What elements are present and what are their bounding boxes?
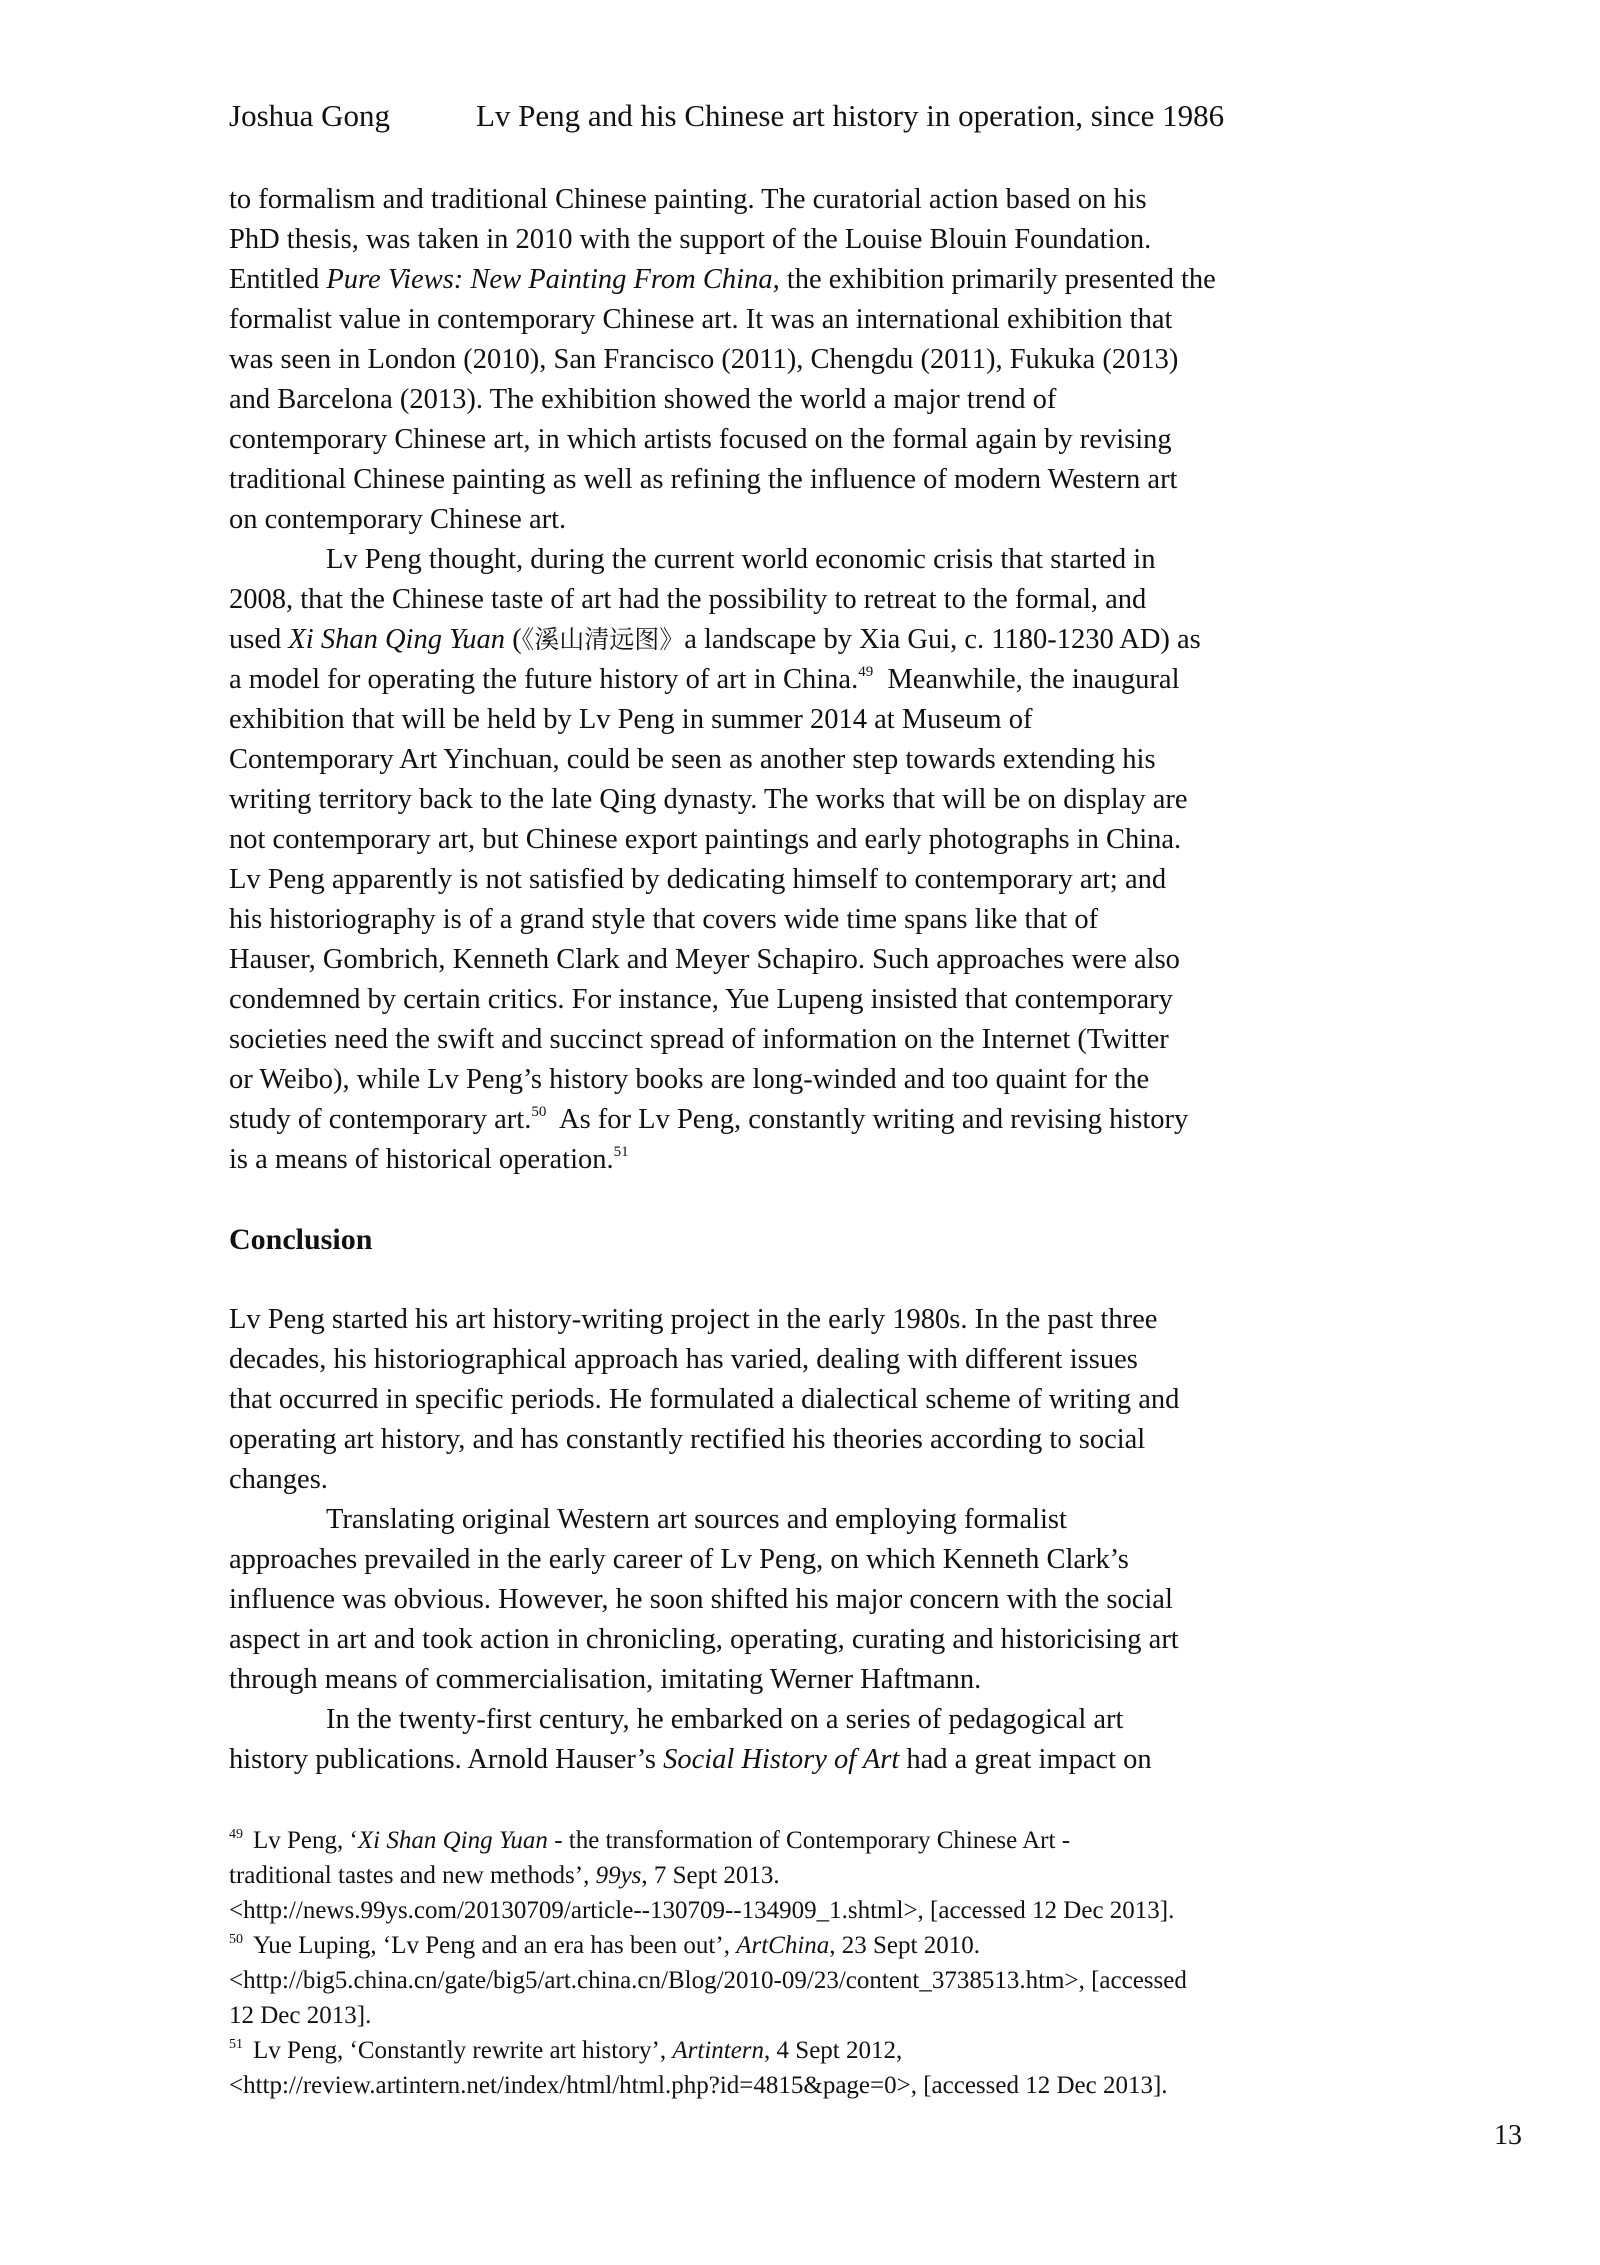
chinese-title: 《溪山清远图》: [522, 625, 685, 654]
footnote-url[interactable]: <http://review.artintern.net/index/html/…: [229, 2068, 1349, 2103]
text-span: , 4 Sept 2012,: [764, 2037, 902, 2064]
paragraph: Lv Peng thought, during the current worl…: [229, 540, 1349, 1180]
painting-title: Xi Shan Qing Yuan: [288, 624, 505, 655]
paragraph: Translating original Western art sources…: [229, 1500, 1349, 1700]
footnote-url[interactable]: <http://big5.china.cn/gate/big5/art.chin…: [229, 1963, 1349, 1998]
text-span: history publications. Arnold Hauser’s: [229, 1744, 663, 1775]
text-line: his historiography is of a grand style t…: [229, 900, 1349, 940]
text-span: As for Lv Peng, constantly writing and r…: [546, 1104, 1188, 1135]
text-line: and Barcelona (2013). The exhibition sho…: [229, 380, 1349, 420]
paragraph: to formalism and traditional Chinese pai…: [229, 180, 1349, 540]
text-line: not contemporary art, but Chinese export…: [229, 820, 1349, 860]
text-span: 99ys: [596, 1862, 642, 1889]
text-line: Lv Peng apparently is not satisfied by d…: [229, 860, 1349, 900]
text-line: on contemporary Chinese art.: [229, 500, 1349, 540]
text-line: changes.: [229, 1460, 1349, 1500]
text-span: Lv Peng, ‘: [253, 1827, 358, 1854]
text-span: a landscape by Xia Gui, c. 1180-1230 AD)…: [684, 624, 1201, 655]
body-text: to formalism and traditional Chinese pai…: [229, 180, 1349, 1780]
text-line: In the twenty-first century, he embarked…: [229, 1700, 1349, 1740]
text-span: Artintern: [672, 2037, 764, 2064]
text-span: study of contemporary art.: [229, 1104, 531, 1135]
section-heading: Conclusion: [229, 1220, 1349, 1260]
footnote-line: 51Lv Peng, ‘Constantly rewrite art histo…: [229, 2033, 1349, 2068]
header-author: Joshua Gong: [229, 98, 476, 134]
text-span: traditional tastes and new methods’,: [229, 1862, 596, 1889]
text-span: - the transformation of Contemporary Chi…: [548, 1827, 1070, 1854]
exhibition-title: Pure Views: New Painting From China: [326, 264, 772, 295]
text-line: is a means of historical operation.51: [229, 1140, 1349, 1180]
running-header: Joshua GongLv Peng and his Chinese art h…: [229, 98, 1224, 134]
text-span: Meanwhile, the inaugural: [873, 664, 1179, 695]
text-line: history publications. Arnold Hauser’s So…: [229, 1740, 1349, 1780]
footnotes: 49Lv Peng, ‘Xi Shan Qing Yuan - the tran…: [229, 1823, 1349, 2103]
footnote-49: 49Lv Peng, ‘Xi Shan Qing Yuan - the tran…: [229, 1823, 1349, 1928]
text-span: Lv Peng, ‘Constantly rewrite art history…: [253, 2037, 672, 2064]
text-line: used Xi Shan Qing Yuan (《溪山清远图》a landsca…: [229, 620, 1349, 660]
document-page: Joshua GongLv Peng and his Chinese art h…: [0, 0, 1600, 2265]
text-line: Contemporary Art Yinchuan, could be seen…: [229, 740, 1349, 780]
footnote-line: 49Lv Peng, ‘Xi Shan Qing Yuan - the tran…: [229, 1823, 1349, 1858]
footnote-line: 12 Dec 2013].: [229, 1998, 1349, 2033]
text-span: a model for operating the future history…: [229, 664, 858, 695]
text-line: condemned by certain critics. For instan…: [229, 980, 1349, 1020]
text-line: Lv Peng thought, during the current worl…: [229, 540, 1349, 580]
paragraph: In the twenty-first century, he embarked…: [229, 1700, 1349, 1780]
page-number: 13: [1494, 2120, 1522, 2152]
text-line: Entitled Pure Views: New Painting From C…: [229, 260, 1349, 300]
footnote-number: 51: [229, 2037, 243, 2052]
text-line: formalist value in contemporary Chinese …: [229, 300, 1349, 340]
footnote-50: 50Yue Luping, ‘Lv Peng and an era has be…: [229, 1928, 1349, 2033]
footnote-ref-50[interactable]: 50: [531, 1104, 546, 1120]
footnote-line: traditional tastes and new methods’, 99y…: [229, 1858, 1349, 1893]
text-line: exhibition that will be held by Lv Peng …: [229, 700, 1349, 740]
text-span: Yue Luping, ‘Lv Peng and an era has been…: [253, 1932, 736, 1959]
text-line: that occurred in specific periods. He fo…: [229, 1380, 1349, 1420]
text-line: or Weibo), while Lv Peng’s history books…: [229, 1060, 1349, 1100]
text-line: Hauser, Gombrich, Kenneth Clark and Meye…: [229, 940, 1349, 980]
text-line: operating art history, and has constantl…: [229, 1420, 1349, 1460]
text-line: writing territory back to the late Qing …: [229, 780, 1349, 820]
text-line: to formalism and traditional Chinese pai…: [229, 180, 1349, 220]
paragraph: Lv Peng started his art history-writing …: [229, 1300, 1349, 1500]
footnote-line: 50Yue Luping, ‘Lv Peng and an era has be…: [229, 1928, 1349, 1963]
text-span: , 7 Sept 2013.: [641, 1862, 779, 1889]
footnote-number: 49: [229, 1827, 243, 1842]
text-span: Entitled: [229, 264, 326, 295]
text-line: traditional Chinese painting as well as …: [229, 460, 1349, 500]
text-span: is a means of historical operation.: [229, 1144, 614, 1175]
text-line: contemporary Chinese art, in which artis…: [229, 420, 1349, 460]
text-line: PhD thesis, was taken in 2010 with the s…: [229, 220, 1349, 260]
footnote-51: 51Lv Peng, ‘Constantly rewrite art histo…: [229, 2033, 1349, 2103]
text-line: influence was obvious. However, he soon …: [229, 1580, 1349, 1620]
text-span: had a great impact on: [899, 1744, 1151, 1775]
book-title: Social History of Art: [663, 1744, 899, 1775]
text-line: a model for operating the future history…: [229, 660, 1349, 700]
text-line: societies need the swift and succinct sp…: [229, 1020, 1349, 1060]
text-span: used: [229, 624, 288, 655]
text-span: Xi Shan Qing Yuan: [358, 1827, 548, 1854]
text-line: 2008, that the Chinese taste of art had …: [229, 580, 1349, 620]
text-line: approaches prevailed in the early career…: [229, 1540, 1349, 1580]
text-span: (: [505, 624, 522, 655]
footnote-url[interactable]: <http://news.99ys.com/20130709/article--…: [229, 1893, 1349, 1928]
text-line: Translating original Western art sources…: [229, 1500, 1349, 1540]
text-span: , the exhibition primarily presented the: [773, 264, 1216, 295]
footnote-ref-51[interactable]: 51: [614, 1144, 629, 1160]
footnote-ref-49[interactable]: 49: [858, 664, 873, 680]
header-title: Lv Peng and his Chinese art history in o…: [476, 98, 1224, 133]
text-span: , 23 Sept 2010.: [829, 1932, 980, 1959]
text-line: Lv Peng started his art history-writing …: [229, 1300, 1349, 1340]
text-line: through means of commercialisation, imit…: [229, 1660, 1349, 1700]
footnote-number: 50: [229, 1932, 243, 1947]
text-span: ArtChina: [736, 1932, 829, 1959]
text-line: aspect in art and took action in chronic…: [229, 1620, 1349, 1660]
text-line: study of contemporary art.50 As for Lv P…: [229, 1100, 1349, 1140]
text-line: was seen in London (2010), San Francisco…: [229, 340, 1349, 380]
text-line: decades, his historiographical approach …: [229, 1340, 1349, 1380]
